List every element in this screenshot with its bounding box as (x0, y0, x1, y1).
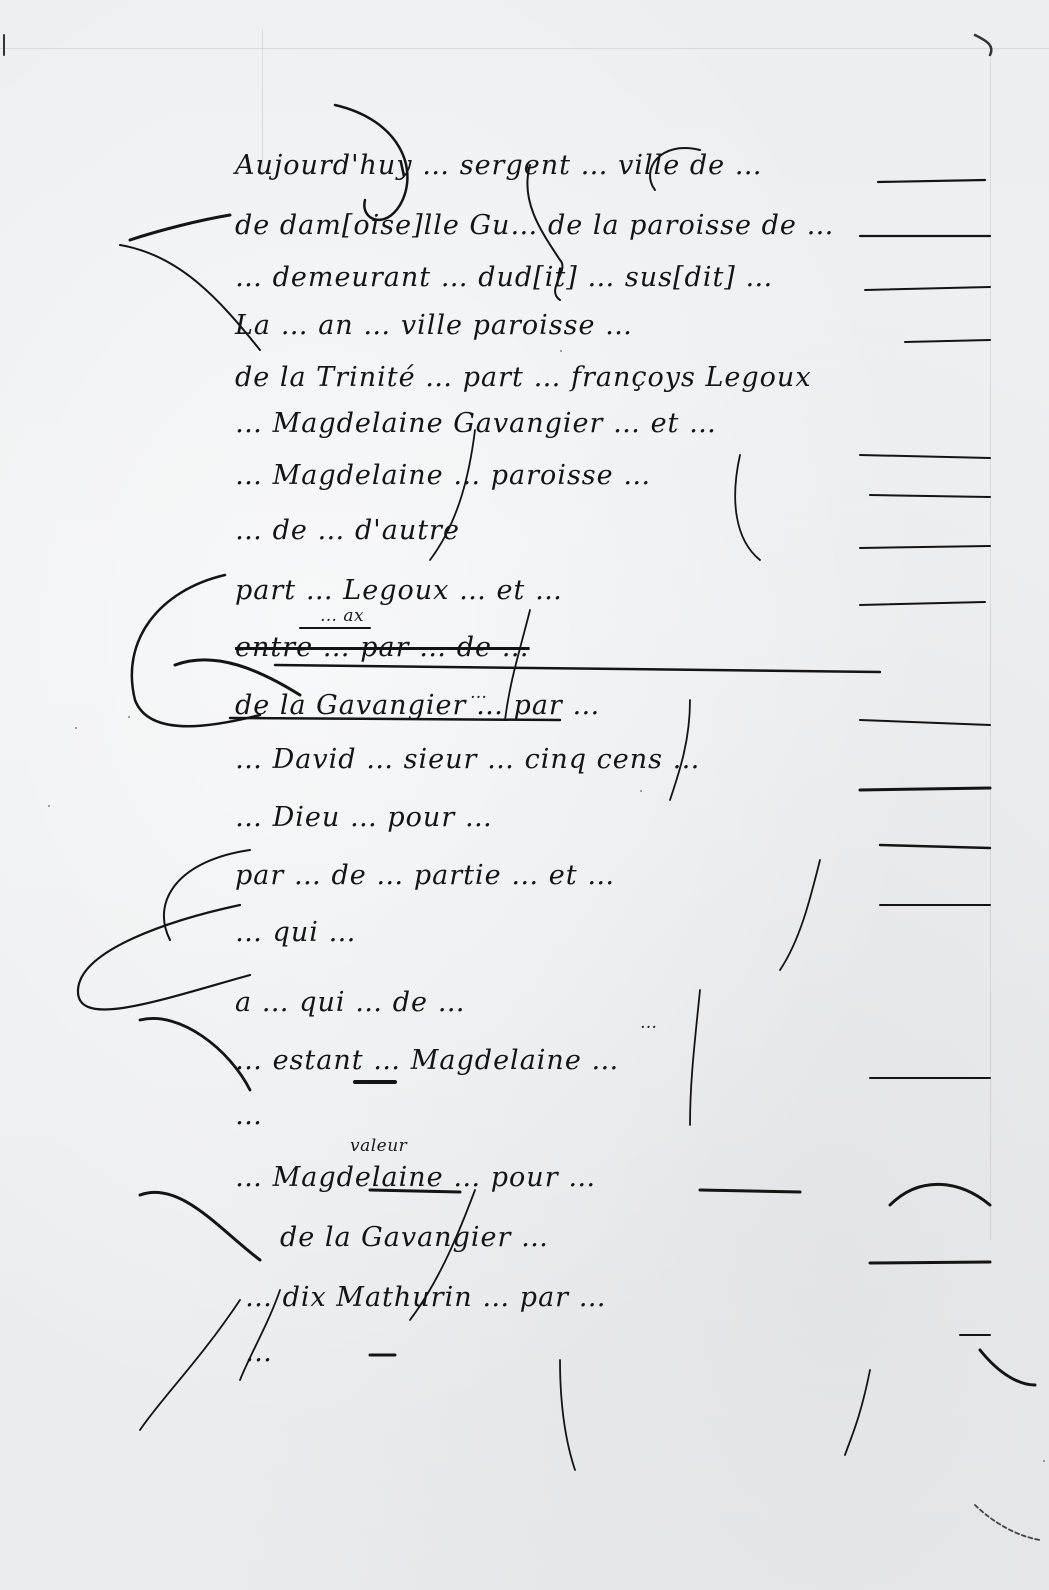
manuscript-line-10: entre … par … de … (235, 634, 530, 661)
manuscript-line-21: … dix Mathurin … par … (245, 1284, 607, 1311)
paper-speck (560, 350, 562, 352)
manuscript-line-5: de la Trinité … part … françoys Legoux (235, 364, 812, 391)
manuscript-line-18: … (235, 1102, 263, 1129)
manuscript-line-8: … de … d'autre (235, 517, 460, 544)
manuscript-line-14: par … de … partie … et … (235, 862, 615, 889)
paper-speck (128, 716, 130, 718)
paper-edge-right (990, 40, 991, 1240)
interlinear-insertion-3: … (640, 1013, 658, 1033)
paper-fold-horizontal (0, 48, 1049, 49)
manuscript-line-3: … demeurant … dud[it] … sus[dit] … (235, 264, 773, 291)
manuscript-line-22: … (245, 1339, 273, 1366)
interlinear-insertion-1: … ax (320, 606, 364, 626)
manuscript-line-19: … Magdelaine … pour … (235, 1164, 596, 1191)
manuscript-line-15: … qui … (235, 919, 356, 946)
manuscript-line-4: La … an … ville paroisse … (235, 312, 633, 339)
manuscript-line-13: … Dieu … pour … (235, 804, 493, 831)
manuscript-line-11: de la Gavangier … par … (235, 692, 600, 719)
manuscript-line-6: … Magdelaine Gavangier … et … (235, 410, 717, 437)
manuscript-line-12: … David … sieur … cinq cens … (235, 746, 701, 773)
manuscript-line-16: a … qui … de … (235, 989, 466, 1016)
paper-speck (640, 790, 642, 792)
manuscript-line-1: Aujourd'huy … sergent … ville de … (235, 152, 763, 179)
manuscript-line-9: part … Legoux … et … (235, 577, 563, 604)
paper-speck (48, 805, 50, 807)
interlinear-insertion-4: valeur (350, 1136, 407, 1156)
paper-speck (75, 727, 77, 729)
manuscript-line-17: … estant … Magdelaine … (235, 1047, 619, 1074)
manuscript-line-7: … Magdelaine … paroisse … (235, 462, 651, 489)
manuscript-line-20: de la Gavangier … (280, 1224, 549, 1251)
manuscript-line-2: de dam[oise]lle Gu… de la paroisse de … (235, 212, 834, 239)
paper-speck (1043, 1460, 1045, 1462)
interlinear-insertion-2: … (470, 683, 488, 703)
paper-fold-vertical (262, 30, 263, 170)
